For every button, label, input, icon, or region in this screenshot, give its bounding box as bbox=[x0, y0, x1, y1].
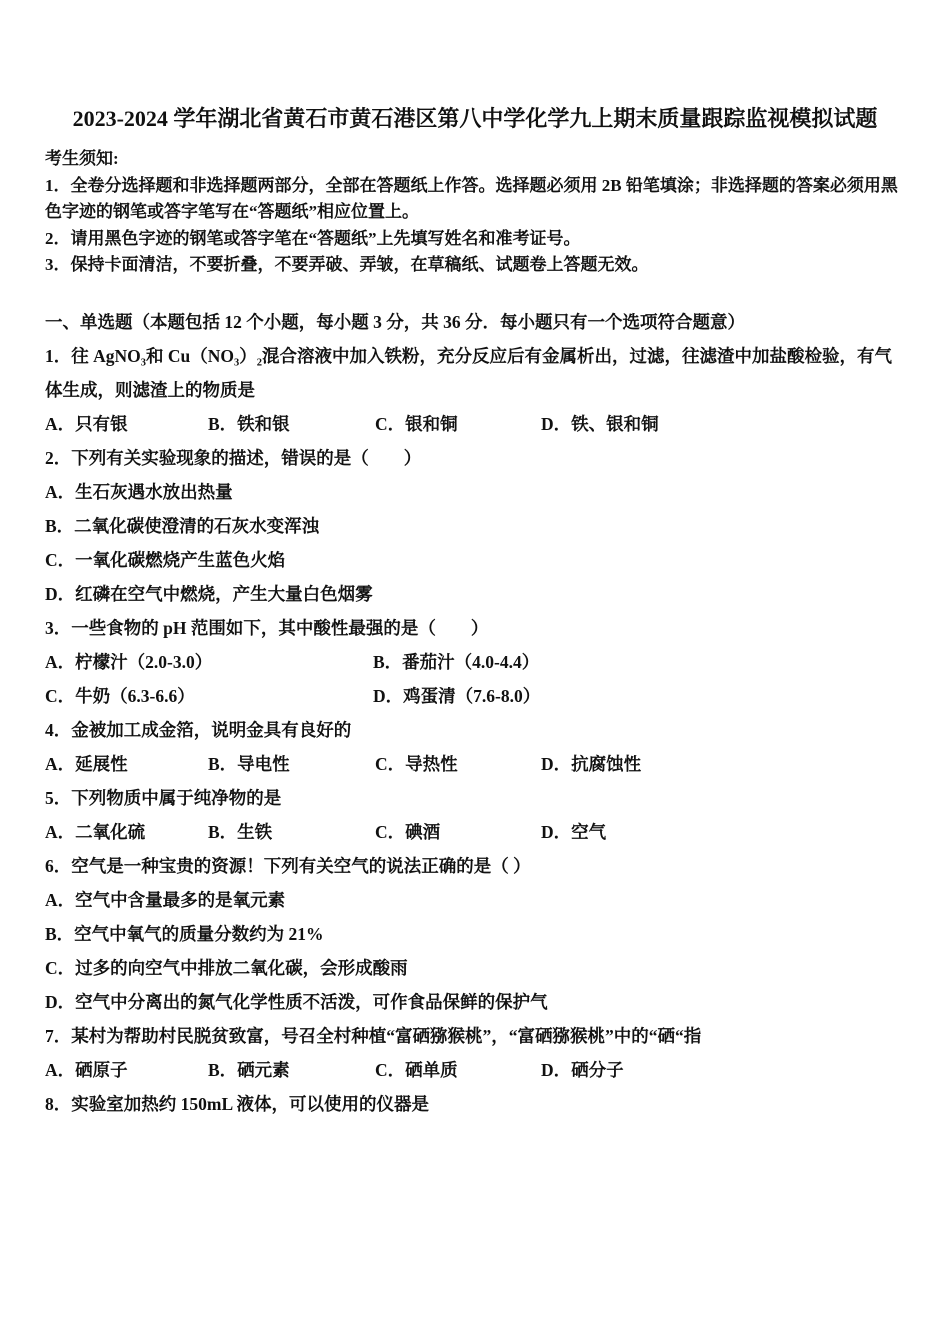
notice-lines: 1．全卷分选择题和非选择题两部分，全部在答题纸上作答。选择题必须用 2B 铅笔填… bbox=[45, 173, 905, 279]
option: A．延展性 bbox=[45, 747, 208, 781]
option: A．空气中含量最多的是氧元素 bbox=[45, 883, 905, 917]
question-options: A．只有银B．铁和银C．银和铜D．铁、银和铜 bbox=[45, 407, 905, 441]
question: 1．往 AgNO₃和 Cu（NO₃）₂混合溶液中加入铁粉，充分反应后有金属析出，… bbox=[45, 339, 905, 441]
option: C．银和铜 bbox=[375, 407, 541, 441]
question-stem: 3．一些食物的 pH 范围如下，其中酸性最强的是（ ） bbox=[45, 611, 905, 645]
option: D．空气中分离出的氮气化学性质不活泼，可作食品保鲜的保护气 bbox=[45, 985, 905, 1019]
option: C．牛奶（6.3-6.6） bbox=[45, 679, 373, 713]
notice-section: 考生须知: 1．全卷分选择题和非选择题两部分，全部在答题纸上作答。选择题必须用 … bbox=[45, 146, 905, 279]
question: 3．一些食物的 pH 范围如下，其中酸性最强的是（ ） A．柠檬汁（2.0-3.… bbox=[45, 611, 905, 713]
option: B．番茄汁（4.0-4.4） bbox=[373, 645, 905, 679]
section-one-heading: 一、单选题（本题包括 12 个小题，每小题 3 分，共 36 分．每小题只有一个… bbox=[45, 305, 905, 339]
option: B．铁和银 bbox=[208, 407, 375, 441]
question-options: A．硒原子B．硒元素C．硒单质D．硒分子 bbox=[45, 1053, 905, 1087]
option: B．生铁 bbox=[208, 815, 375, 849]
option: C．硒单质 bbox=[375, 1053, 541, 1087]
question-stem: 5．下列物质中属于纯净物的是 bbox=[45, 781, 905, 815]
exam-title: 2023-2024 学年湖北省黄石市黄石港区第八中学化学九上期末质量跟踪监视模拟… bbox=[45, 104, 905, 134]
option: D．抗腐蚀性 bbox=[541, 747, 905, 781]
question-stem: 8．实验室加热约 150mL 液体，可以使用的仪器是 bbox=[45, 1087, 905, 1121]
notice-line: 1．全卷分选择题和非选择题两部分，全部在答题纸上作答。选择题必须用 2B 铅笔填… bbox=[45, 173, 905, 226]
notice-line: 2．请用黑色字迹的钢笔或答字笔在“答题纸”上先填写姓名和准考证号。 bbox=[45, 226, 905, 253]
question-options: A．延展性B．导电性C．导热性D．抗腐蚀性 bbox=[45, 747, 905, 781]
option: C．碘酒 bbox=[375, 815, 541, 849]
option: D．鸡蛋清（7.6-8.0） bbox=[373, 679, 905, 713]
notice-line: 3．保持卡面清洁，不要折叠，不要弄破、弄皱，在草稿纸、试题卷上答题无效。 bbox=[45, 252, 905, 279]
question: 8．实验室加热约 150mL 液体，可以使用的仪器是 bbox=[45, 1087, 905, 1121]
question-options: A．二氧化硫B．生铁C．碘酒D．空气 bbox=[45, 815, 905, 849]
option: C．一氧化碳燃烧产生蓝色火焰 bbox=[45, 543, 905, 577]
option: B．导电性 bbox=[208, 747, 375, 781]
question-stem: 6．空气是一种宝贵的资源！下列有关空气的说法正确的是（ ） bbox=[45, 849, 905, 883]
option: D．硒分子 bbox=[541, 1053, 905, 1087]
option: B．二氧化碳使澄清的石灰水变浑浊 bbox=[45, 509, 905, 543]
option: A．柠檬汁（2.0-3.0） bbox=[45, 645, 373, 679]
option: D．空气 bbox=[541, 815, 905, 849]
notice-heading: 考生须知: bbox=[45, 146, 905, 173]
questions-list: 1．往 AgNO₃和 Cu（NO₃）₂混合溶液中加入铁粉，充分反应后有金属析出，… bbox=[45, 339, 905, 1121]
question: 7．某村为帮助村民脱贫致富，号召全村种植“富硒猕猴桃”，“富硒猕猴桃”中的“硒“… bbox=[45, 1019, 905, 1087]
question-stem: 4．金被加工成金箔，说明金具有良好的 bbox=[45, 713, 905, 747]
option: C．过多的向空气中排放二氧化碳，会形成酸雨 bbox=[45, 951, 905, 985]
option: A．只有银 bbox=[45, 407, 208, 441]
question-options: A．柠檬汁（2.0-3.0）B．番茄汁（4.0-4.4）C．牛奶（6.3-6.6… bbox=[45, 645, 905, 713]
option: C．导热性 bbox=[375, 747, 541, 781]
question-stem: 1．往 AgNO₃和 Cu（NO₃）₂混合溶液中加入铁粉，充分反应后有金属析出，… bbox=[45, 339, 905, 407]
option: A．生石灰遇水放出热量 bbox=[45, 475, 905, 509]
option: B．硒元素 bbox=[208, 1053, 375, 1087]
option: A．硒原子 bbox=[45, 1053, 208, 1087]
question: 5．下列物质中属于纯净物的是 A．二氧化硫B．生铁C．碘酒D．空气 bbox=[45, 781, 905, 849]
option: D．铁、银和铜 bbox=[541, 407, 905, 441]
question-options: A．空气中含量最多的是氧元素B．空气中氧气的质量分数约为 21%C．过多的向空气… bbox=[45, 883, 905, 1019]
option: A．二氧化硫 bbox=[45, 815, 208, 849]
question: 6．空气是一种宝贵的资源！下列有关空气的说法正确的是（ ） A．空气中含量最多的… bbox=[45, 849, 905, 1019]
option: D．红磷在空气中燃烧，产生大量白色烟雾 bbox=[45, 577, 905, 611]
exam-page: 2023-2024 学年湖北省黄石市黄石港区第八中学化学九上期末质量跟踪监视模拟… bbox=[0, 0, 950, 1344]
question-stem: 7．某村为帮助村民脱贫致富，号召全村种植“富硒猕猴桃”，“富硒猕猴桃”中的“硒“… bbox=[45, 1019, 905, 1053]
question: 2．下列有关实验现象的描述，错误的是（ ） A．生石灰遇水放出热量B．二氧化碳使… bbox=[45, 441, 905, 611]
option: B．空气中氧气的质量分数约为 21% bbox=[45, 917, 905, 951]
question-options: A．生石灰遇水放出热量B．二氧化碳使澄清的石灰水变浑浊C．一氧化碳燃烧产生蓝色火… bbox=[45, 475, 905, 611]
question-stem: 2．下列有关实验现象的描述，错误的是（ ） bbox=[45, 441, 905, 475]
question: 4．金被加工成金箔，说明金具有良好的 A．延展性B．导电性C．导热性D．抗腐蚀性 bbox=[45, 713, 905, 781]
